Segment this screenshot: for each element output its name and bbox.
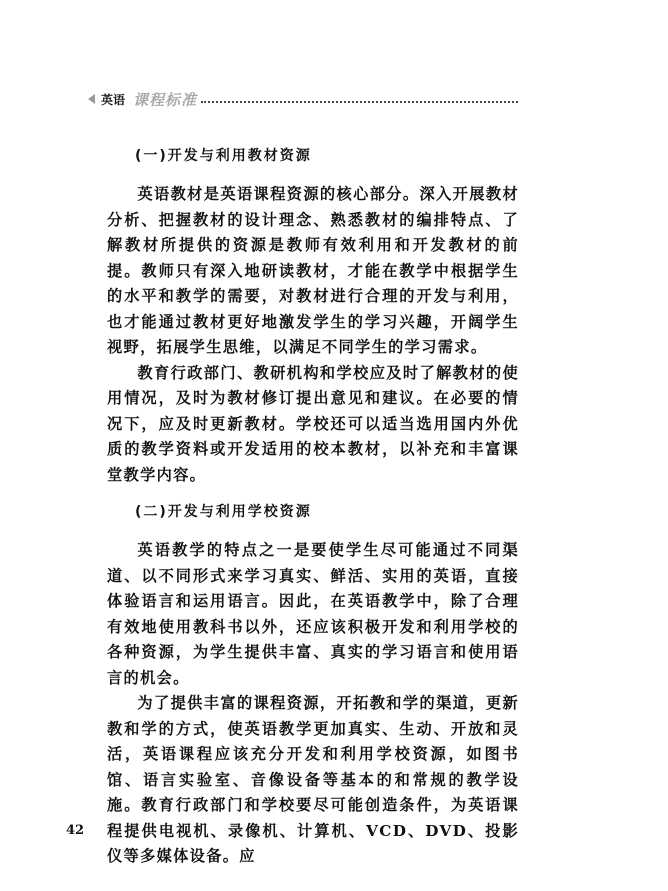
- paragraph: 为了提供丰富的课程资源，开拓教和学的渠道，更新教和学的方式，使英语教学更加真实、…: [107, 691, 519, 870]
- paragraph: 英语教学的特点之一是要使学生尽可能通过不同渠道、以不同形式来学习真实、鲜活、实用…: [107, 538, 519, 691]
- header-subject: 英语: [101, 91, 125, 108]
- page-body: (一)开发与利用教材资源 英语教材是英语课程资源的核心部分。深入开展教材分析、把…: [107, 146, 519, 870]
- running-header: 英语 课程标准: [88, 90, 518, 108]
- header-dotted-leader: [201, 101, 518, 103]
- page-number: 42: [66, 823, 84, 838]
- section-heading-school-resources: (二)开发与利用学校资源: [135, 502, 519, 522]
- paragraph: 教育行政部门、教研机构和学校应及时了解教材的使用情况，及时为教材修订提出意见和建…: [107, 361, 519, 489]
- section-heading-textbook-resources: (一)开发与利用教材资源: [135, 146, 519, 166]
- header-title: 课程标准: [133, 89, 197, 110]
- paragraph: 英语教材是英语课程资源的核心部分。深入开展教材分析、把握教材的设计理念、熟悉教材…: [107, 182, 519, 361]
- left-triangle-icon: [88, 94, 95, 104]
